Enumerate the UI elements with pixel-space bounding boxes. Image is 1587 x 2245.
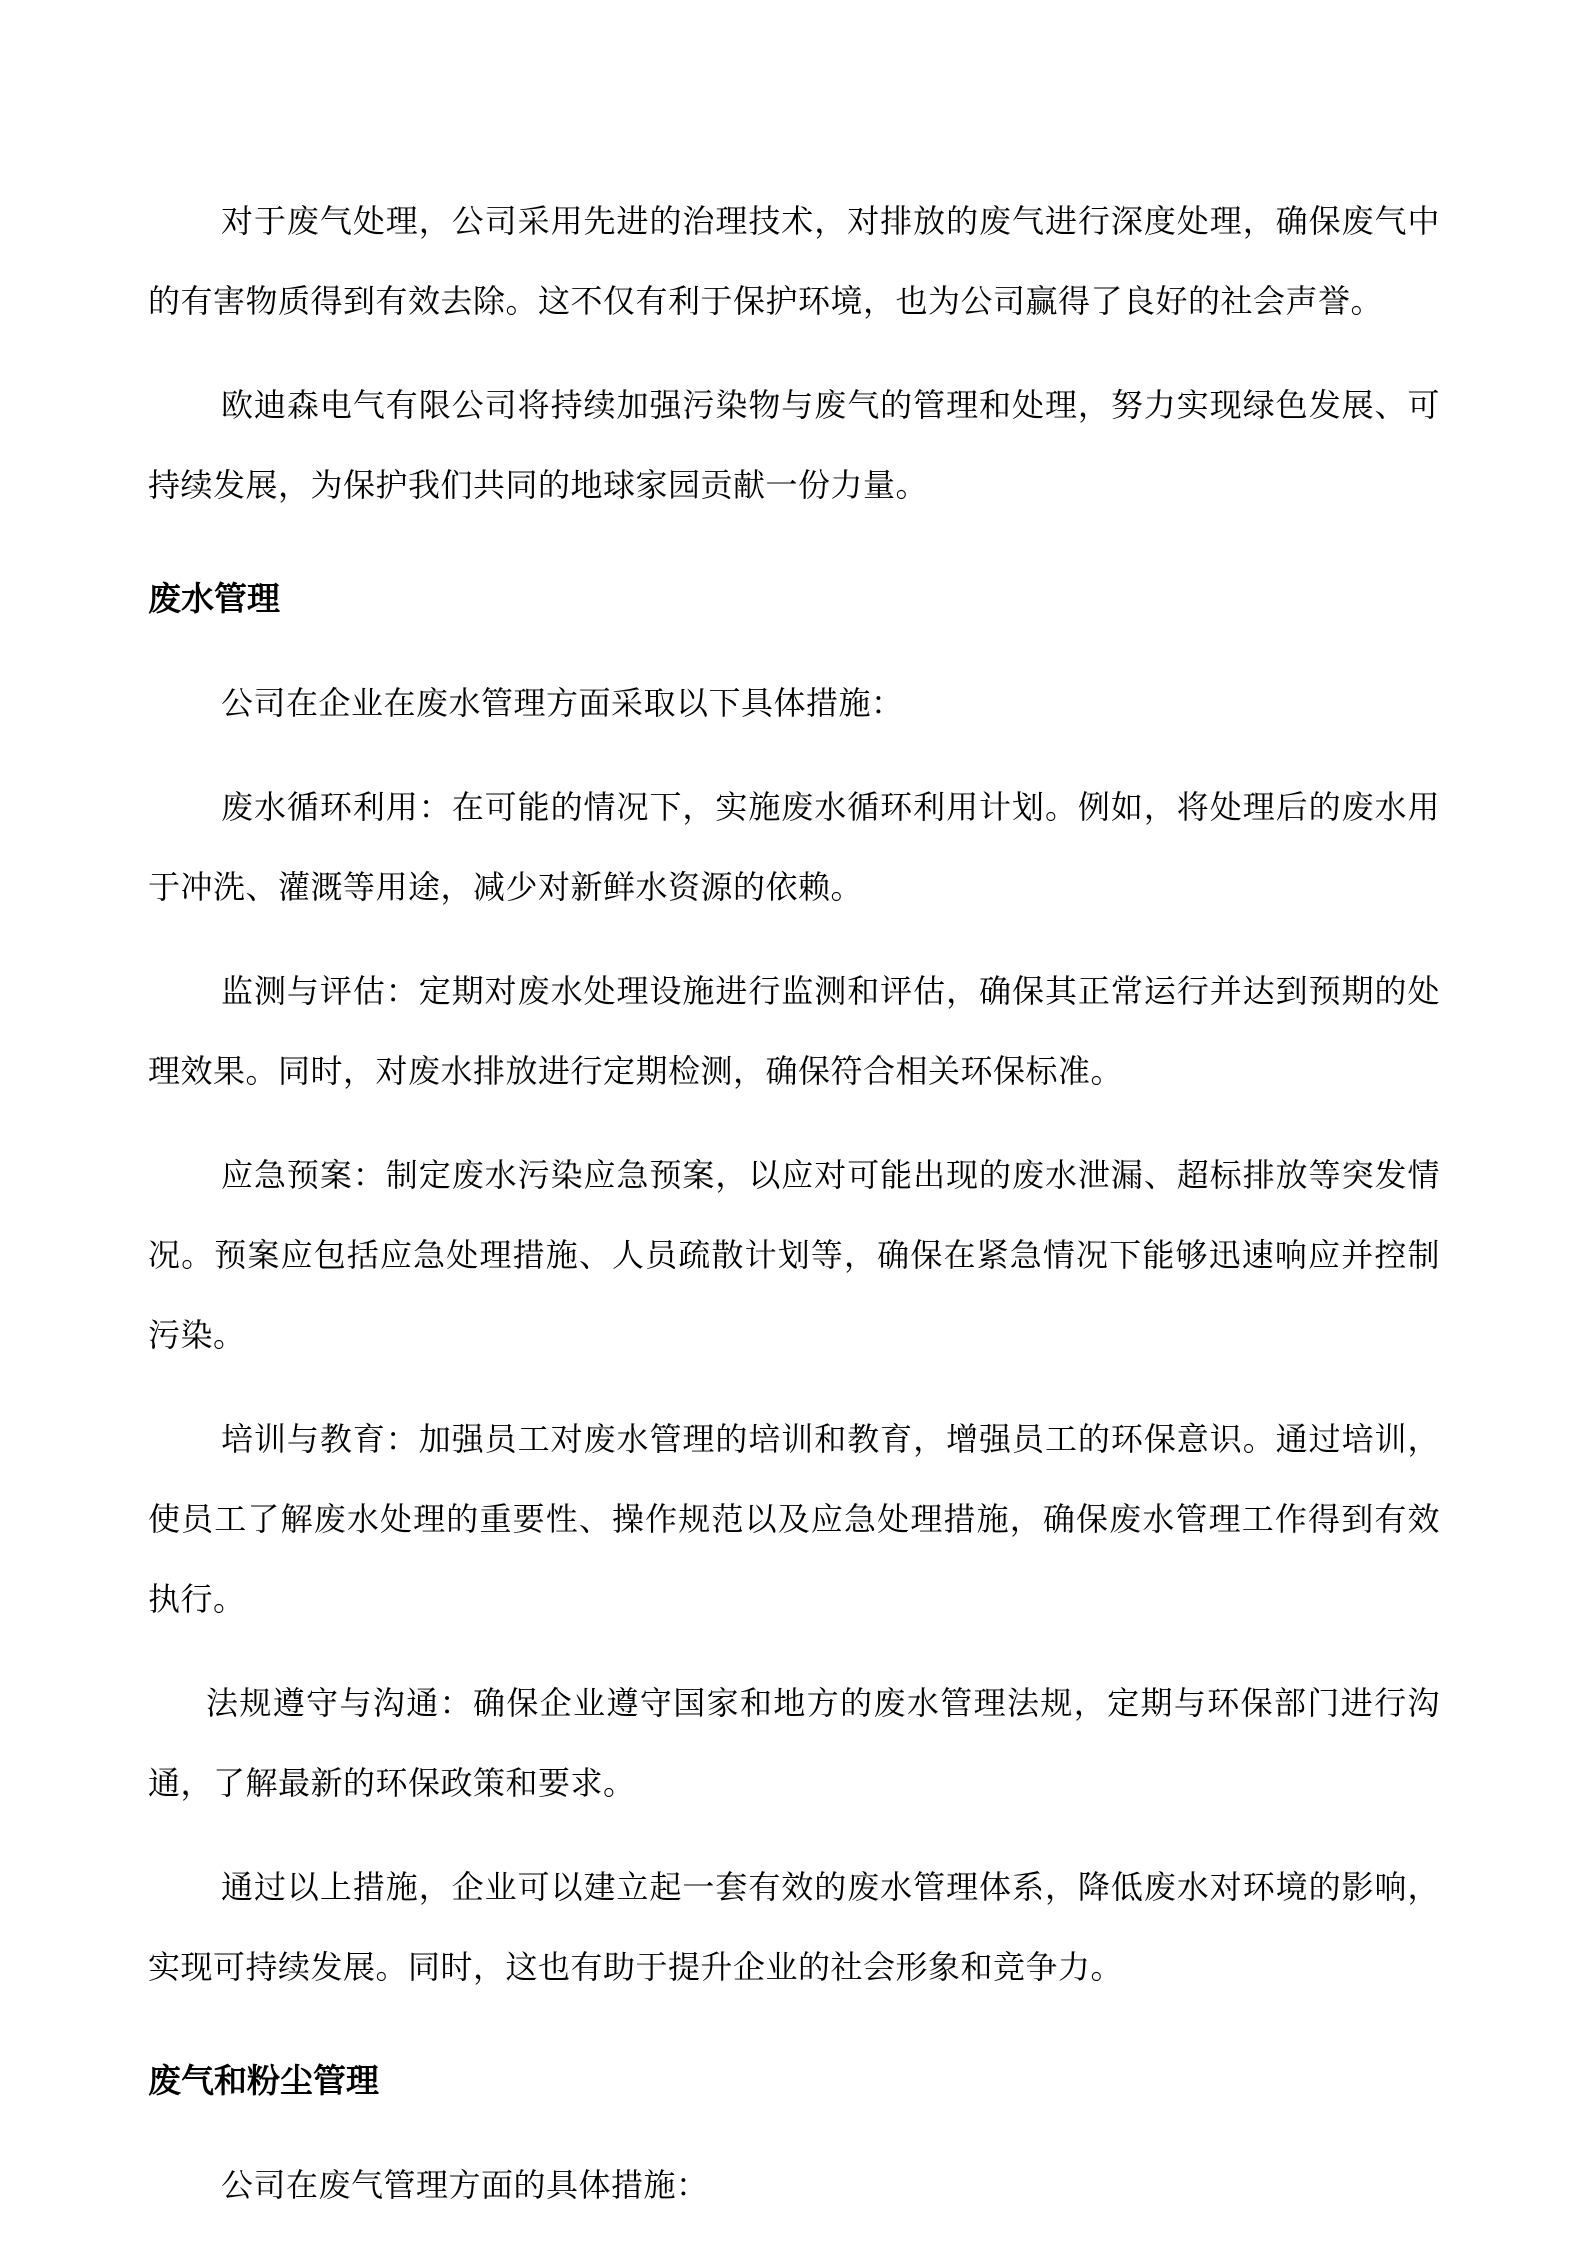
document-page: 对于废气处理，公司采用先进的治理技术，对排放的废气进行深度处理，确保废气中的有害… (0, 0, 1587, 2245)
paragraph: 废水循环利用：在可能的情况下，实施废水循环利用计划。例如，将处理后的废水用于冲洗… (148, 767, 1440, 927)
paragraph: 公司在企业在废水管理方面采取以下具体措施： (148, 663, 1440, 743)
section-heading: 废气和粉尘管理 (148, 2041, 1440, 2121)
paragraph: 应急预案：制定废水污染应急预案，以应对可能出现的废水泄漏、超标排放等突发情况。预… (148, 1135, 1440, 1375)
paragraph: 对于废气处理，公司采用先进的治理技术，对排放的废气进行深度处理，确保废气中的有害… (148, 181, 1440, 341)
section-heading: 废水管理 (148, 559, 1440, 639)
paragraph: 通过以上措施，企业可以建立起一套有效的废水管理体系，降低废水对环境的影响，实现可… (148, 1847, 1440, 2007)
document-body: 对于废气处理，公司采用先进的治理技术，对排放的废气进行深度处理，确保废气中的有害… (148, 181, 1440, 2225)
paragraph: 培训与教育：加强员工对废水管理的培训和教育，增强员工的环保意识。通过培训，使员工… (148, 1399, 1440, 1639)
paragraph: 法规遵守与沟通：确保企业遵守国家和地方的废水管理法规，定期与环保部门进行沟通，了… (148, 1663, 1440, 1823)
paragraph: 公司在废气管理方面的具体措施： (148, 2145, 1440, 2225)
paragraph: 欧迪森电气有限公司将持续加强污染物与废气的管理和处理，努力实现绿色发展、可持续发… (148, 365, 1440, 525)
paragraph: 监测与评估：定期对废水处理设施进行监测和评估，确保其正常运行并达到预期的处理效果… (148, 951, 1440, 1111)
